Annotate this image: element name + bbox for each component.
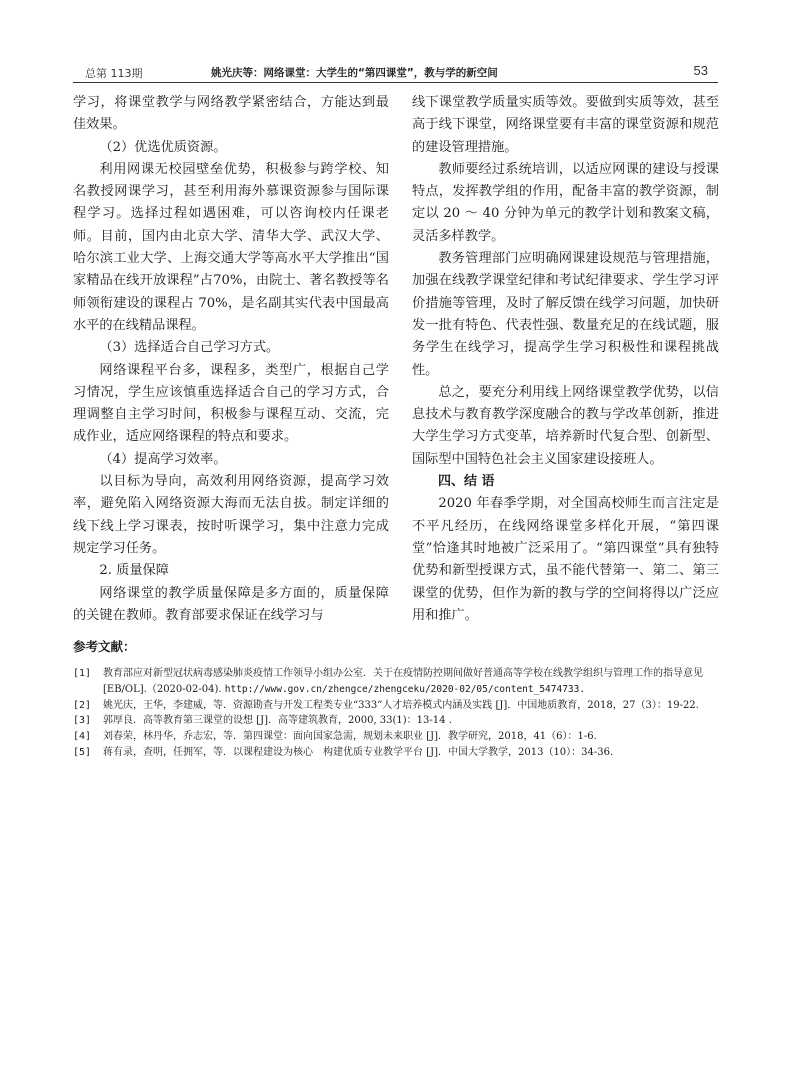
reference-item: [1] 教育部应对新型冠状病毒感染肺炎疫情工作领导小组办公室．关于在疫情防控期间… (73, 666, 721, 698)
paragraph: 教师要经过系统培训，以适应网课的建设与授课特点，发挥教学组的作用，配备丰富的教学… (412, 159, 719, 248)
issue-number: 总第 113期 (85, 65, 143, 81)
reference-text: 蒋有录，查明，任拥军，等．以课程建设为核心 构建优质专业教学平台 [J]．中国大… (103, 745, 721, 761)
page-header: 总第 113期 姚光庆等：网络课堂：大学生的“第四课堂”，教与学的新空间 53 (73, 62, 718, 83)
reference-item: [4] 刘春荣，林丹华，乔志宏，等．第四课堂：面向国家急需，规划未来职业 [J]… (73, 729, 721, 745)
subheading-learning-style: （3）选择适合自己学习方式。 (73, 337, 389, 359)
paragraph-continued: 线下课堂教学质量实质等效。要做到实质等效，甚至高于线下课堂，网络课堂要有丰富的课… (412, 92, 719, 159)
paragraph: 利用网课无校园壁垒优势，积极参与跨学校、知名教授网课学习，甚至利用海外慕课资源参… (73, 159, 389, 337)
paragraph: 2020 年春季学期，对全国高校师生而言注定是不平凡经历，在线网络课堂多样化开展… (412, 493, 719, 627)
running-title: 姚光庆等：网络课堂：大学生的“第四课堂”，教与学的新空间 (211, 65, 498, 80)
reference-item: [2] 姚光庆，王华，李建威，等．资源勘查与开发工程类专业“333”人才培养模式… (73, 698, 721, 714)
paragraph-continued: 学习，将课堂教学与网络教学紧密结合，方能达到最佳效果。 (73, 92, 389, 137)
reference-number: [1] (73, 666, 103, 698)
page-number: 53 (694, 63, 708, 78)
reference-number: [4] (73, 729, 103, 745)
left-column: 学习，将课堂教学与网络教学紧密结合，方能达到最佳效果。 （2）优选优质资源。 利… (73, 92, 389, 627)
paragraph: 网络课程平台多，课程多，类型广，根据自己学习情况，学生应该慎重选择适合自己的学习… (73, 360, 389, 449)
reference-text: 刘春荣，林丹华，乔志宏，等．第四课堂：面向国家急需，规划未来职业 [J]．教学研… (103, 729, 721, 745)
section-heading-conclusion: 四、结 语 (412, 471, 719, 493)
reference-text: 教育部应对新型冠状病毒感染肺炎疫情工作领导小组办公室．关于在疫情防控期间做好普通… (103, 666, 721, 698)
subheading-quality-resources: （2）优选优质资源。 (73, 137, 389, 159)
reference-text: 姚光庆，王华，李建威，等．资源勘查与开发工程类专业“333”人才培养模式内涵及实… (103, 698, 721, 714)
subheading-efficiency: （4）提高学习效率。 (73, 449, 389, 471)
reference-url[interactable]: http://www.gov.cn/zhengce/zhengceku/2020… (225, 684, 585, 695)
subheading-quality-assurance: 2. 质量保障 (73, 560, 389, 582)
paragraph: 以目标为导向，高效利用网络资源，提高学习效率，避免陷入网络资源大海而无法自拔。制… (73, 471, 389, 560)
reference-number: [5] (73, 745, 103, 761)
right-column: 线下课堂教学质量实质等效。要做到实质等效，甚至高于线下课堂，网络课堂要有丰富的课… (412, 92, 719, 627)
references-list: [1] 教育部应对新型冠状病毒感染肺炎疫情工作领导小组办公室．关于在疫情防控期间… (73, 666, 721, 761)
references-title: 参考文献： (73, 637, 136, 655)
reference-number: [2] (73, 698, 103, 714)
reference-item: [3] 郭厚良．高等教育第三课堂的设想 [J]．高等建筑教育，2000, 33(… (73, 713, 721, 729)
paragraph: 网络课堂的教学质量保障是多方面的，质量保障的关键在教师。教育部要求保证在线学习与 (73, 583, 389, 628)
paragraph: 总之，要充分利用线上网络课堂教学优势，以信息技术与教育教学深度融合的教与学改革创… (412, 382, 719, 471)
reference-text: 郭厚良．高等教育第三课堂的设想 [J]．高等建筑教育，2000, 33(1)：1… (103, 713, 721, 729)
reference-number: [3] (73, 713, 103, 729)
paragraph: 教务管理部门应明确网课建设规范与管理措施，加强在线教学课堂纪律和考试纪律要求、学… (412, 248, 719, 382)
reference-item: [5] 蒋有录，查明，任拥军，等．以课程建设为核心 构建优质专业教学平台 [J]… (73, 745, 721, 761)
